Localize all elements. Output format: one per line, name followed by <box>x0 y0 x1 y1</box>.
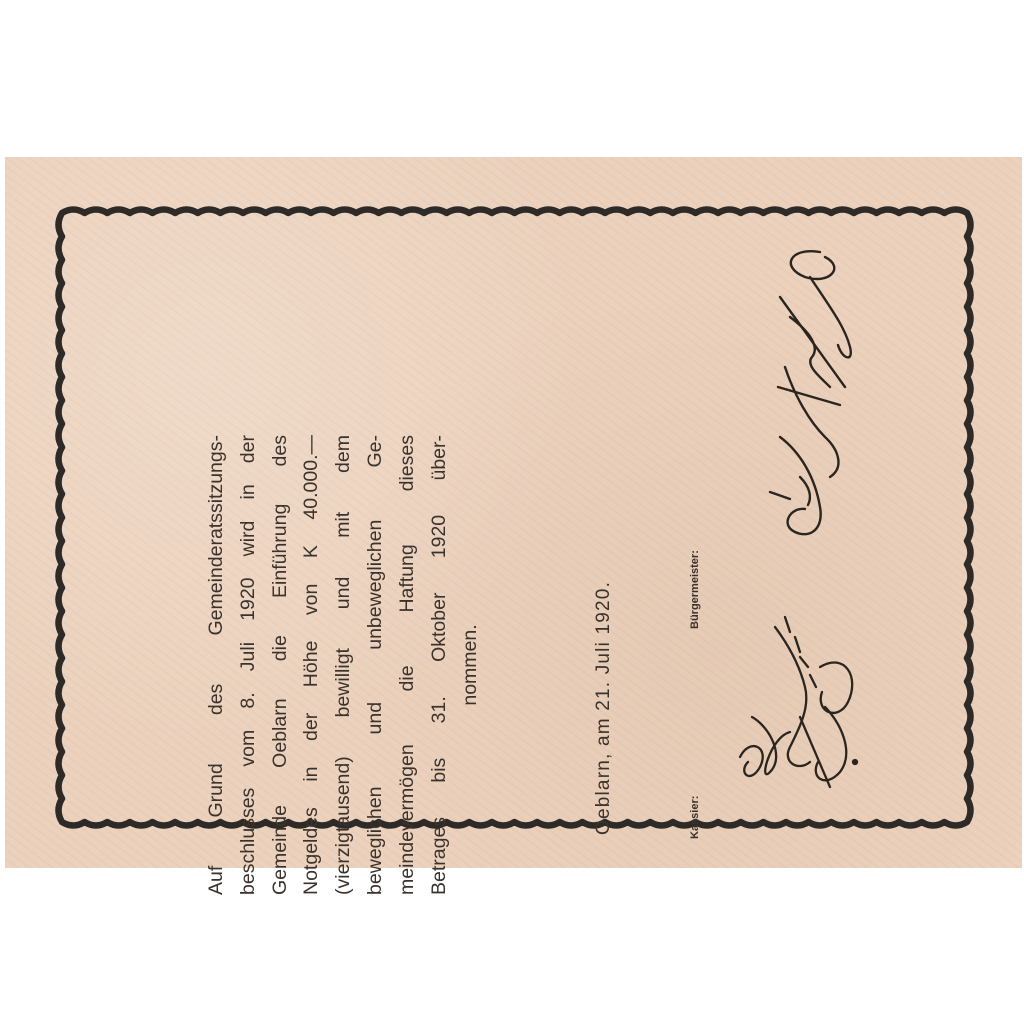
text-line: meindevermögen die Haftung dieses <box>392 435 424 895</box>
text-line: beweglichen und unbeweglichen Ge- <box>360 435 392 895</box>
buergermeister-signature-icon <box>750 237 870 557</box>
banknote-paper: Auf Grund des Gemeinderatssitzungs- besc… <box>5 157 1022 868</box>
place-date: Oeblarn, am 21. Juli 1920. <box>593 581 615 835</box>
resolution-text: Auf Grund des Gemeinderatssitzungs- besc… <box>201 435 487 895</box>
kassier-label: Kassier: <box>689 796 701 839</box>
kassier-signature-icon <box>730 557 870 797</box>
text-line: beschlusses vom 8. Juli 1920 wird in der <box>233 435 265 895</box>
text-line: Notgeldes in der Höhe von K 40.000.— <box>296 435 328 895</box>
buergermeister-label: Bürgermeister: <box>689 550 701 629</box>
text-line: (vierzigtausend) bewilligt und mit dem <box>328 435 360 895</box>
text-line: Betrages bis 31. Oktober 1920 über- <box>424 435 456 895</box>
text-line: nommen. <box>455 435 487 895</box>
text-line: Gemeinde Oeblarn die Einführung des <box>265 435 297 895</box>
text-line: Auf Grund des Gemeinderatssitzungs- <box>201 435 233 895</box>
